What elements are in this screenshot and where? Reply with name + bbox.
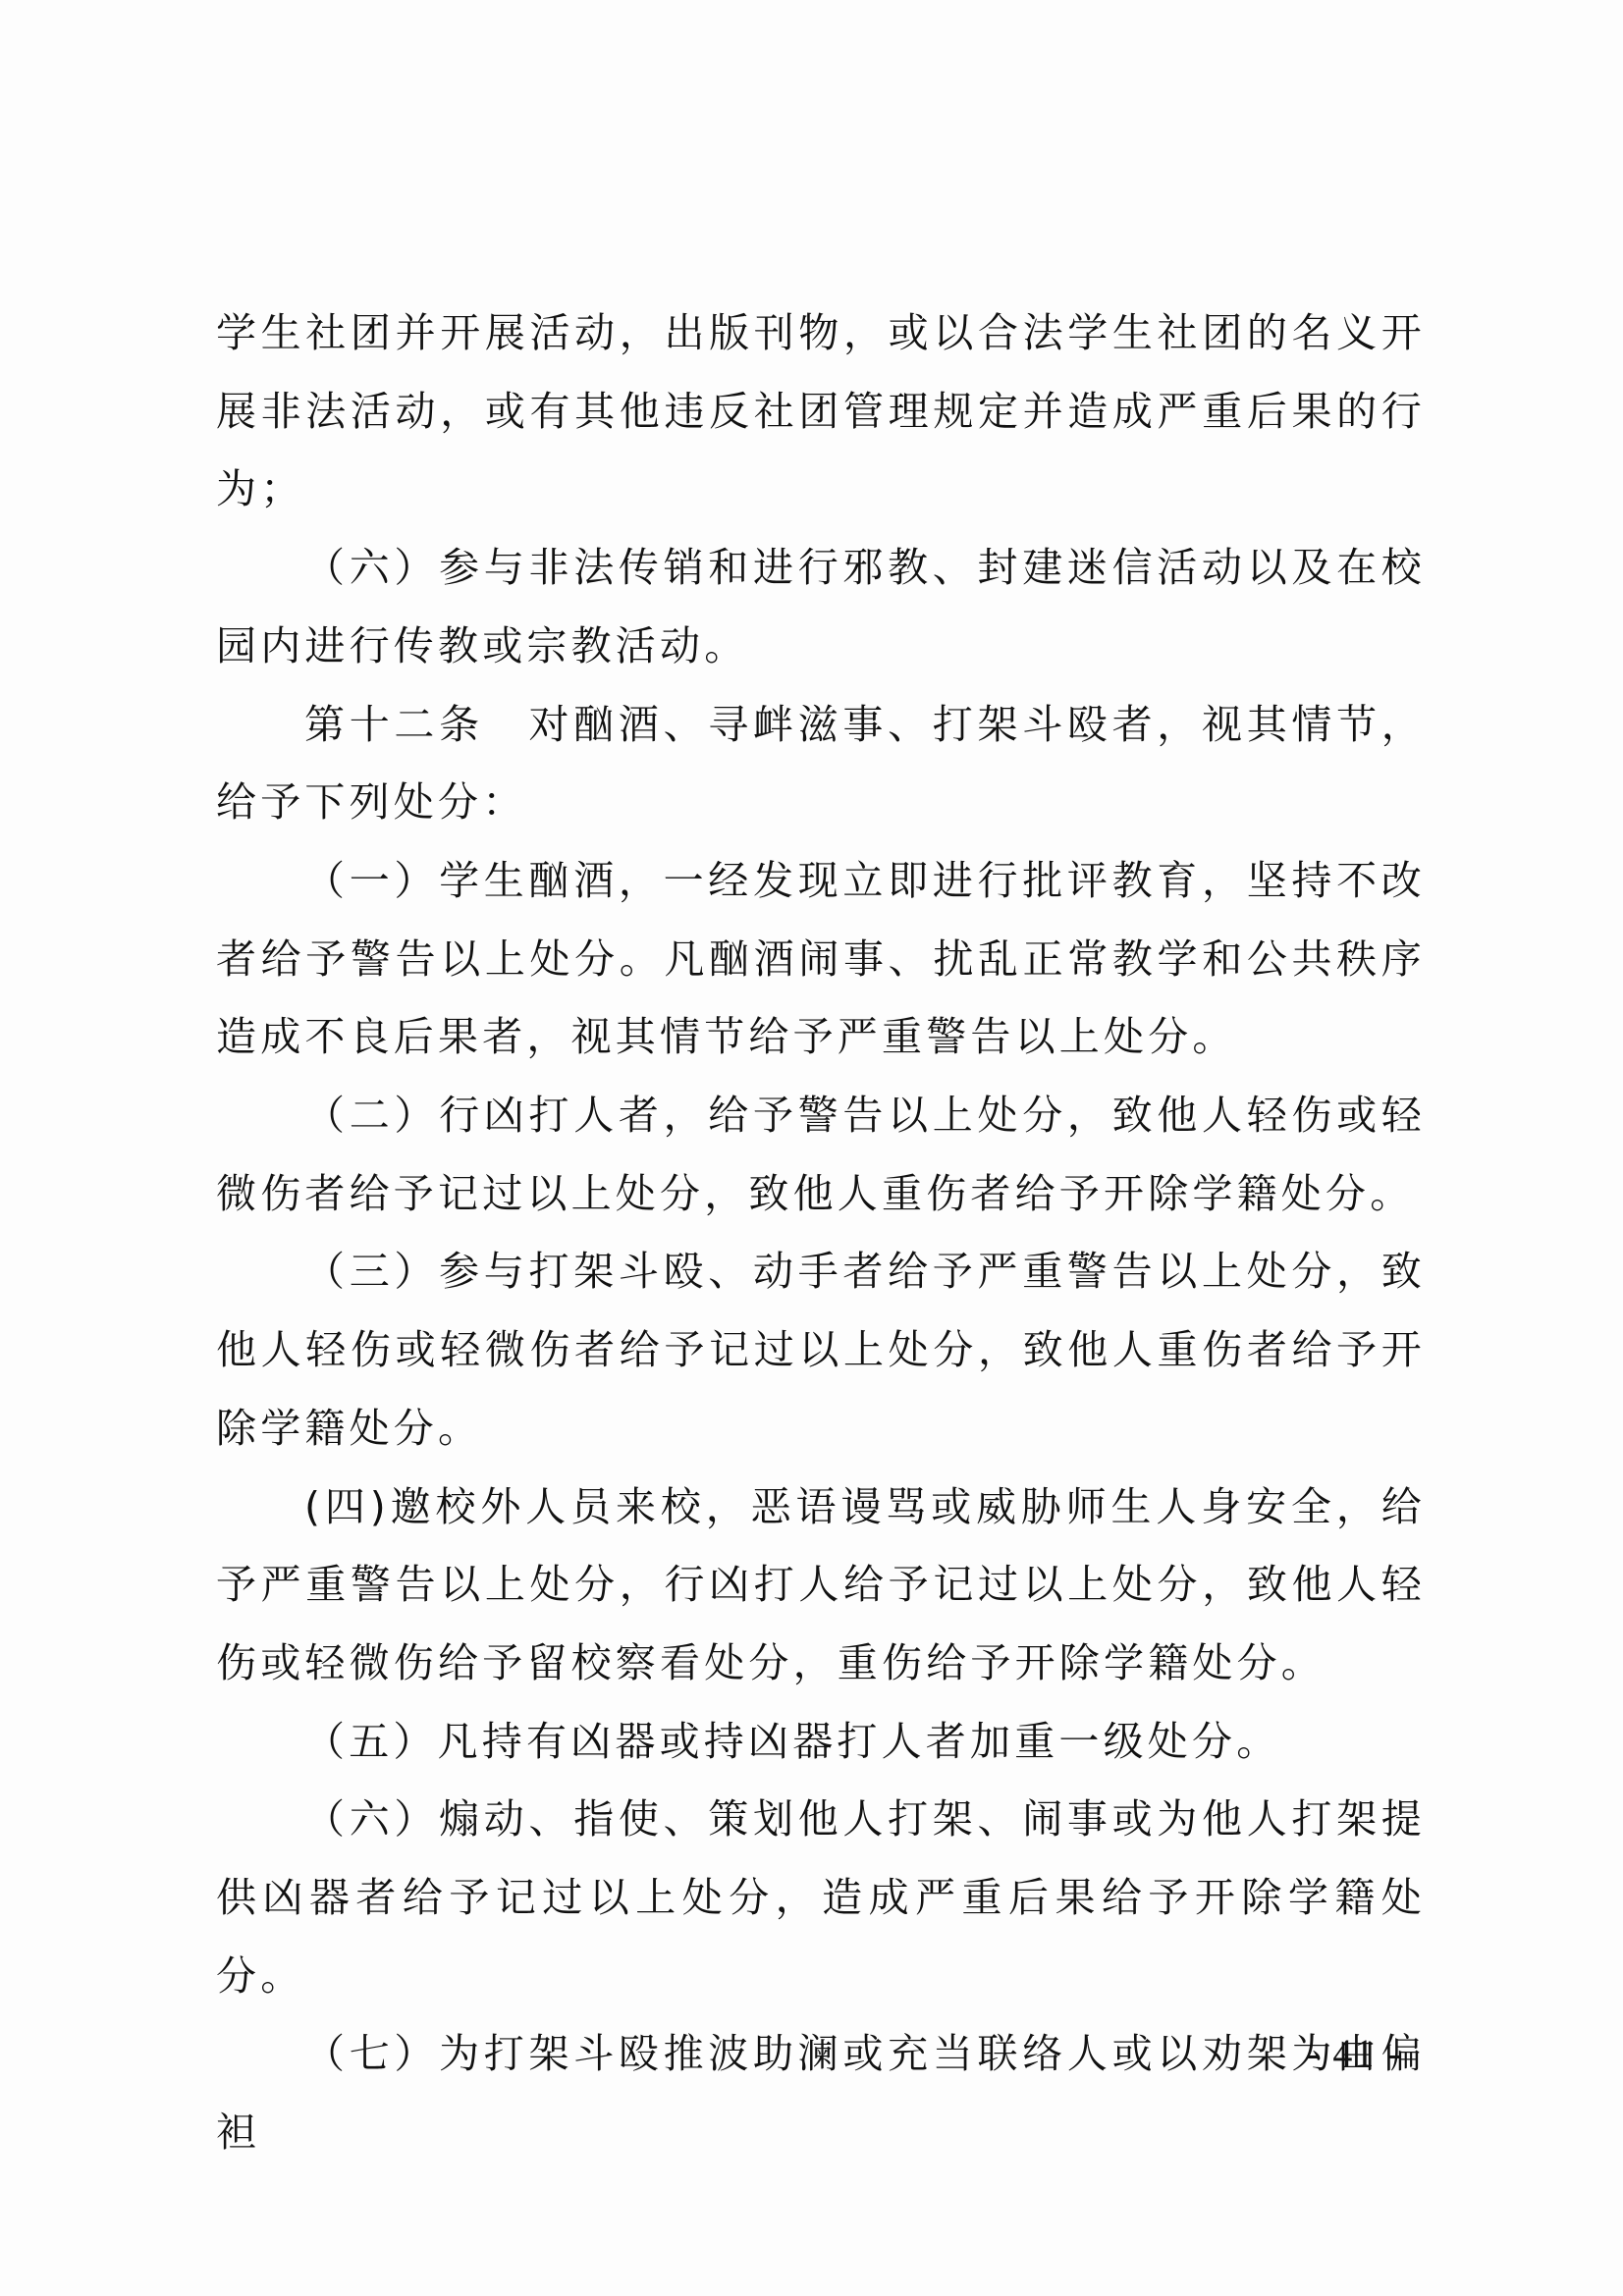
document-body: 学生社团并开展活动，出版刊物，或以合法学生社团的名义开展非法活动，或有其他违反社…: [216, 294, 1426, 2172]
paragraph-continuation: 学生社团并开展活动，出版刊物，或以合法学生社团的名义开展非法活动，或有其他违反社…: [216, 294, 1426, 529]
paragraph-item-6-instigation: （六）煽动、指使、策划他人打架、闹事或为他人打架提供凶器者给予记过以上处分，造成…: [216, 1781, 1426, 2015]
paragraph-item-2-assault: （二）行凶打人者，给予警告以上处分，致他人轻伤或轻微伤者给予记过以上处分，致他人…: [216, 1077, 1426, 1233]
paragraph-item-5-weapons: （五）凡持有凶器或持凶器打人者加重一级处分。: [216, 1703, 1426, 1782]
paragraph-item-1-alcohol: （一）学生酗酒，一经发现立即进行批评教育，坚持不改者给予警告以上处分。凡酗酒闹事…: [216, 842, 1426, 1077]
paragraph-item-3-fighting: （三）参与打架斗殴、动手者给予严重警告以上处分，致他人轻伤或轻微伤者给予记过以上…: [216, 1233, 1426, 1468]
paragraph-item-7-abetting: （七）为打架斗殴推波助澜或充当联络人或以劝架为由偏袒: [216, 2015, 1426, 2171]
paragraph-item-6-religion: （六）参与非法传销和进行邪教、封建迷信活动以及在校园内进行传教或宗教活动。: [216, 529, 1426, 685]
paragraph-item-4-outsiders: (四)邀校外人员来校，恶语谩骂或威胁师生人身安全，给予严重警告以上处分，行凶打人…: [216, 1468, 1426, 1703]
document-page: 学生社团并开展活动，出版刊物，或以合法学生社团的名义开展非法活动，或有其他违反社…: [0, 0, 1623, 2296]
page-number: - 41 -: [1306, 2030, 1403, 2076]
article-12-heading: 第十二条 对酗酒、寻衅滋事、打架斗殴者，视其情节，给予下列处分：: [216, 686, 1426, 842]
